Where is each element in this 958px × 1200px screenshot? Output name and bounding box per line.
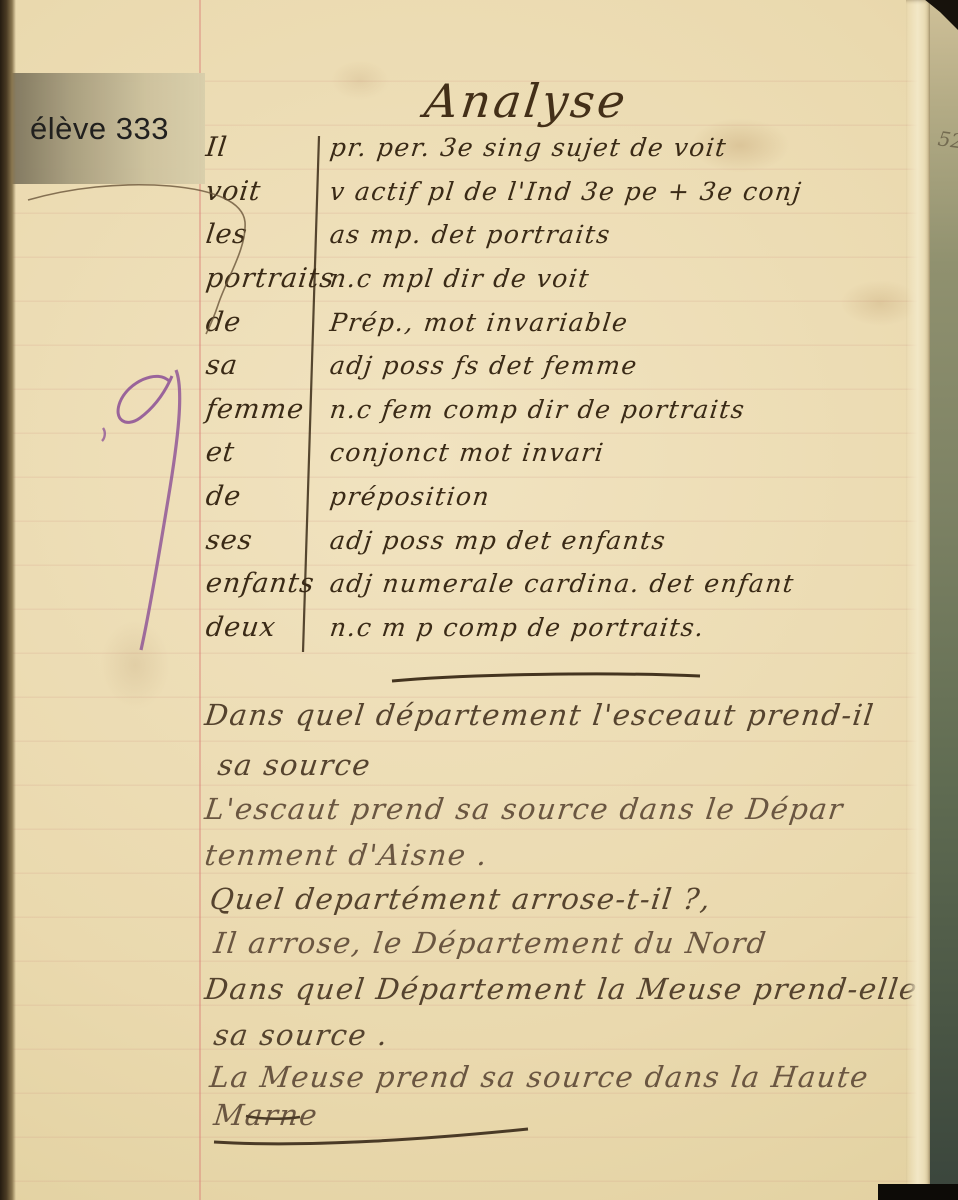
analysis-row: Il pr. per. 3e sing sujet de voit bbox=[206, 126, 926, 170]
analysed-word: deux bbox=[204, 612, 332, 643]
word-gloss: v actif pl de l'Ind 3e pe + 3e conj bbox=[328, 177, 928, 206]
word-gloss: préposition bbox=[328, 482, 928, 511]
analysis-row: enfants adj numerale cardina. det enfant bbox=[206, 562, 926, 606]
word-gloss: adj poss fs det femme bbox=[328, 351, 928, 380]
analysis-row: de Prép., mot invariable bbox=[206, 300, 926, 344]
word-gloss: as mp. det portraits bbox=[328, 220, 928, 249]
analysed-word: femme bbox=[204, 394, 332, 425]
analysed-word: et bbox=[204, 437, 332, 468]
analysed-word: les bbox=[204, 219, 332, 250]
word-gloss: adj numerale cardina. det enfant bbox=[328, 569, 928, 598]
analysed-word: de bbox=[204, 307, 332, 338]
analysis-row: de préposition bbox=[206, 475, 926, 519]
analysed-word: ses bbox=[204, 525, 332, 556]
analysis-row: ses adj poss mp det enfants bbox=[206, 518, 926, 562]
qa-line: Il arrose, le Département du Nord bbox=[212, 926, 769, 960]
qa-line: Marne bbox=[212, 1098, 320, 1132]
word-gloss: Prép., mot invariable bbox=[328, 308, 928, 337]
analysed-word: enfants bbox=[204, 568, 332, 599]
analysis-row: femme n.c fem comp dir de portraits bbox=[206, 388, 926, 432]
analysis-row: portraits n.c mpl dir de voit bbox=[206, 257, 926, 301]
qa-line: Quel departément arrose-t-il ?, bbox=[208, 882, 714, 916]
notebook-page-scan: élève 333 Analyse Il pr. per. 3e sing su… bbox=[0, 0, 958, 1200]
analysis-row: les as mp. det portraits bbox=[206, 213, 926, 257]
page-edge-crease bbox=[906, 0, 932, 1200]
qa-line: sa source . bbox=[212, 1018, 391, 1052]
word-gloss: adj poss mp det enfants bbox=[328, 526, 928, 555]
analysed-word: voit bbox=[204, 176, 332, 207]
analysed-word: Il bbox=[204, 132, 332, 163]
qa-line: La Meuse prend sa source dans la Haute bbox=[208, 1060, 871, 1094]
student-label-text: élève 333 bbox=[12, 111, 169, 147]
analysed-word: sa bbox=[204, 350, 332, 381]
analysis-row: et conjonct mot invari bbox=[206, 431, 926, 475]
facing-page-faint-text: 52 bbox=[936, 126, 958, 153]
next-page-edge bbox=[930, 0, 958, 1200]
word-gloss: pr. per. 3e sing sujet de voit bbox=[328, 133, 928, 162]
scan-corner-shadow bbox=[878, 1184, 958, 1200]
analysis-row: sa adj poss fs det femme bbox=[206, 344, 926, 388]
analysis-table: Il pr. per. 3e sing sujet de voit voit v… bbox=[206, 126, 926, 649]
binding-edge bbox=[0, 0, 16, 1200]
page-title: Analyse bbox=[422, 74, 631, 128]
student-label-box: élève 333 bbox=[12, 73, 205, 184]
analysis-row: voit v actif pl de l'Ind 3e pe + 3e conj bbox=[206, 170, 926, 214]
word-gloss: conjonct mot invari bbox=[328, 438, 928, 467]
qa-line: tenment d'Aisne . bbox=[203, 838, 490, 872]
analysed-word: de bbox=[204, 481, 332, 512]
word-gloss: n.c mpl dir de voit bbox=[328, 264, 928, 293]
word-gloss: n.c fem comp dir de portraits bbox=[328, 395, 928, 424]
analysis-row: deux n.c m p comp de portraits. bbox=[206, 606, 926, 650]
word-gloss: n.c m p comp de portraits. bbox=[328, 613, 928, 642]
qa-line: Dans quel département l'esceaut prend-il bbox=[203, 698, 877, 732]
qa-line: sa source bbox=[216, 748, 373, 782]
qa-line: L'escaut prend sa source dans le Dépar bbox=[203, 792, 846, 826]
analysed-word: portraits bbox=[204, 263, 332, 294]
qa-line: Dans quel Département la Meuse prend-ell… bbox=[203, 972, 920, 1006]
